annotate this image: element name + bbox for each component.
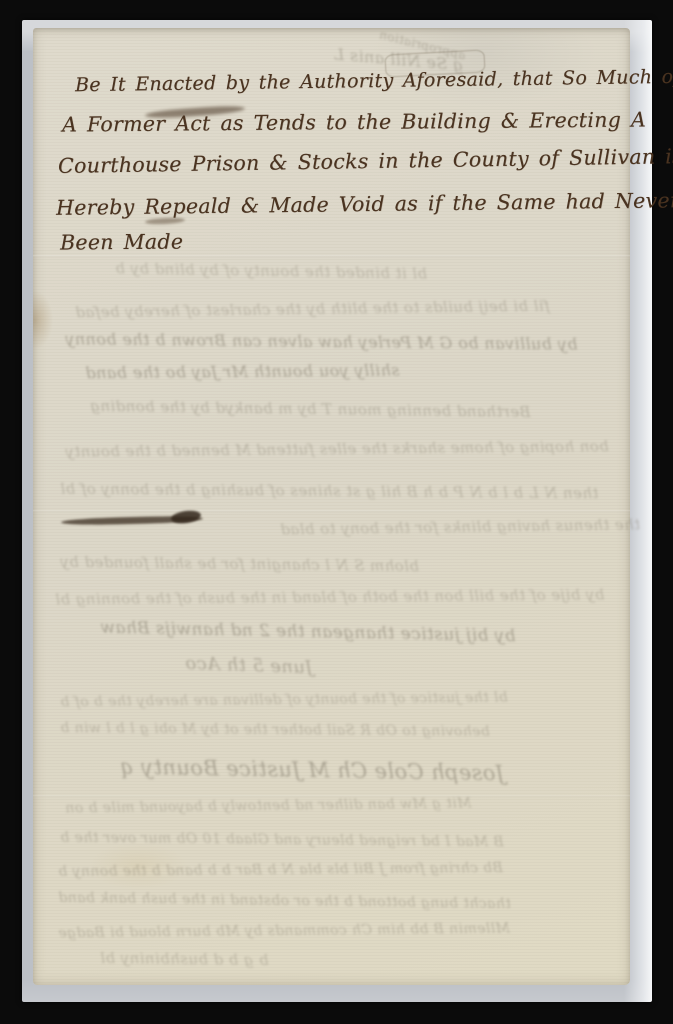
bleed-through-line: shilly you bounth Mr Jay bo the band bbox=[85, 361, 400, 383]
bleed-through-line: by bije of the bill bon the both of blan… bbox=[55, 586, 605, 609]
bleed-through-line: then N L b l b N P b h B hil g st shines… bbox=[60, 480, 599, 503]
bleed-through-line: Bb chring from J Bil bls bla N b Bar b b… bbox=[58, 860, 503, 880]
bleed-through-line: bl it binded the bounty of by blind by b bbox=[115, 259, 427, 282]
bleed-through-line: Mit g Mw ban dilher nd bentowly b bayoun… bbox=[65, 796, 472, 817]
bleed-through-line: B Mad I bd reigned bleury and Glaab 10 O… bbox=[60, 830, 504, 851]
bleed-through-line: thacht bung bottond b the or obstand in … bbox=[58, 890, 511, 912]
bleed-through-line: bon hoping of home sharks the elles futt… bbox=[65, 437, 609, 461]
manuscript-paper: appropriationg Se Nill anis Lbl it binde… bbox=[33, 28, 630, 985]
bleed-through-line: fil bi beij builds to the blith by the c… bbox=[75, 297, 550, 322]
bleed-through-line: blohm S N l changint for be shall founde… bbox=[60, 553, 419, 575]
bleed-through-line: June 5 th Aco bbox=[185, 653, 313, 678]
bleed-through-line: by bullivan bo G M Perley haw alven can … bbox=[65, 329, 578, 353]
bleed-through-line: bl the justice of the bounty of dellivan… bbox=[60, 690, 508, 711]
bleed-through-line: Mllemin B bb him Ch commands by Mb burn … bbox=[58, 921, 510, 942]
bleed-through-line: the thenus having blinks for the bony to… bbox=[280, 515, 640, 538]
manuscript-text-line: A Former Act as Tends to the Building & … bbox=[62, 107, 646, 136]
bleed-through-line: behoving to Ob R Sail bother the ot by M… bbox=[60, 720, 490, 740]
bleed-through-line: Berthand benning moun T by m bankyd by t… bbox=[90, 397, 531, 421]
bleed-through-line: b g b d bushbininy bl bbox=[100, 949, 269, 969]
bleed-through-line: by bij justice thangean the 2 nd hanwijs… bbox=[100, 618, 516, 647]
bleed-through-line: Joseph Cole Ch M Justice Bounty q bbox=[120, 755, 505, 786]
photo-background: appropriationg Se Nill anis Lbl it binde… bbox=[0, 0, 673, 1024]
manuscript-text-line: Been Made bbox=[60, 229, 183, 254]
